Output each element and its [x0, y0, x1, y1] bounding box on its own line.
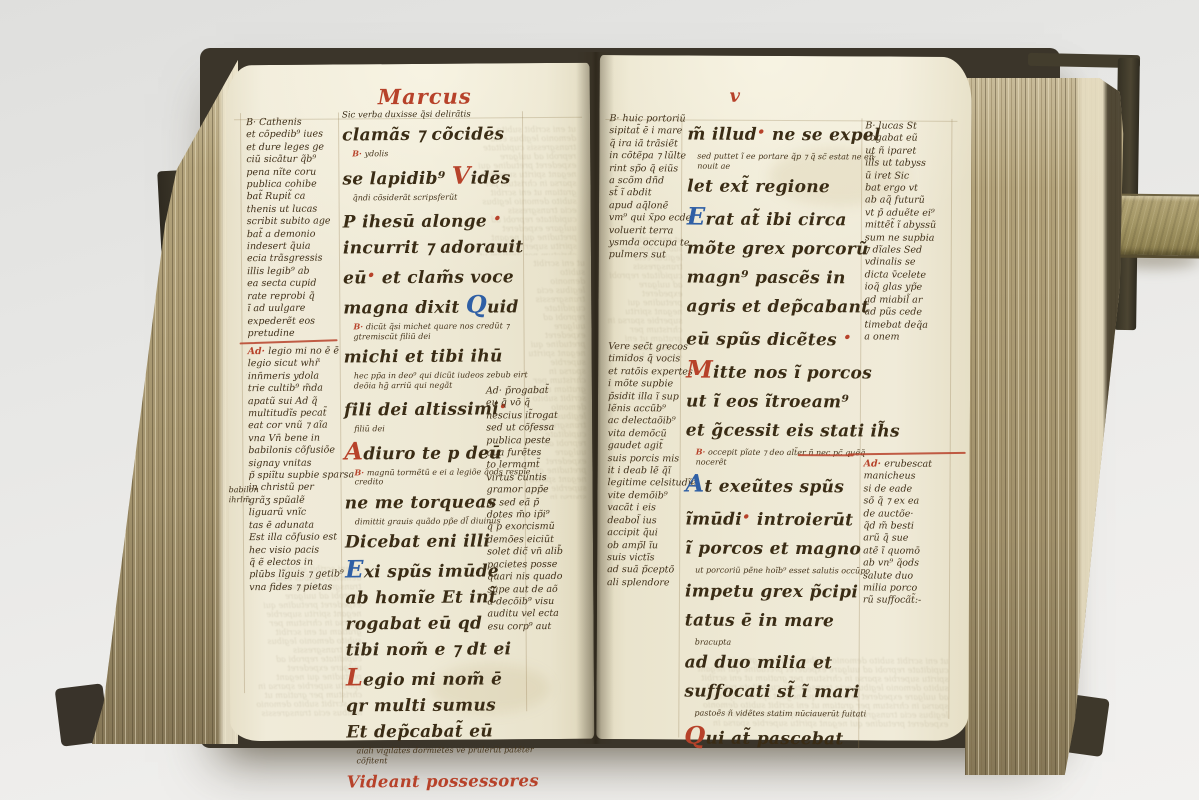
text-line: Qui at̃ pascebat	[684, 725, 884, 749]
text-line: Legio mi nom̃ ē	[346, 666, 538, 690]
text-segment: ab homĩe Et int̃	[345, 587, 497, 608]
rubric-mark: B·	[696, 447, 708, 457]
gloss-line: B· dicũt q̃si michet quare nos credũt ⁊ …	[353, 321, 535, 341]
text-segment: diuro te p deū	[363, 443, 502, 464]
margin-line: vm⁹ qui x̃po ecde	[609, 212, 691, 225]
text-segment: agris et dep̃cabant	[686, 296, 869, 317]
margin-line: vt p̃ aduẽte ei⁹	[865, 207, 967, 220]
text-segment: E	[687, 201, 706, 230]
text-segment: m̃ illud	[687, 124, 757, 144]
margin-line: atẽ ĩ quomō	[863, 545, 965, 558]
text-segment: ne se expel	[766, 125, 881, 146]
margin-commentary-right-lower: Ad· erubescatmanicheussi de eadesõ q̃ ⁊ …	[863, 458, 966, 607]
text-line: et g̃cessit eis stati ih̃s	[686, 421, 886, 441]
margin-line: q̃ ira iã trãsiẽt	[609, 138, 691, 151]
margin-line: p̃sidit illa ĩ sup	[608, 391, 690, 404]
margin-line: babilon	[229, 485, 251, 495]
photo-scene: ut eni scribit subito demonio legibus ec…	[0, 0, 1199, 800]
gloss-line: q̃ndi cõsiderãt scripsferũt	[353, 192, 535, 203]
margin-line: p̃ spiĩtu supbie sparsa	[248, 469, 352, 482]
rubric-mark: B·	[354, 467, 366, 477]
text-line: clamãs ⁊ cõcidēs	[342, 125, 534, 145]
text-line: ad duo milia et	[685, 653, 885, 673]
margin-line: timidos q̃ vocis	[608, 353, 690, 366]
text-line: se lapidib⁹ Vidēs	[342, 165, 534, 189]
margin-line: ad miabil̃ ar	[864, 294, 966, 307]
text-line: Et dep̃cabat̃ eū	[346, 722, 538, 742]
margin-line: ad suã p̃ceptõ	[607, 564, 689, 577]
text-segment: P ihesū alonge	[343, 211, 494, 232]
margin-line: ⁊ dĩales Sed	[865, 244, 967, 257]
margin-line: deabol̃ ius	[607, 515, 689, 528]
margin-line: liguarũ vnĩc	[249, 507, 353, 520]
rubric-mark: B·	[352, 148, 364, 158]
margin-line: salute duo	[863, 570, 965, 583]
text-segment: michi et tibi ihū	[344, 346, 503, 367]
margin-line: vacãt i eis	[607, 502, 689, 515]
margin-line: et cõpedib⁹ iues	[246, 129, 346, 142]
text-line: Sic verba duxisse q̃si delirãtis	[342, 109, 534, 120]
margin-line: in cõtẽpa ⁊ lũlte	[609, 150, 691, 163]
margin-line: suis victĩs	[607, 552, 689, 565]
margin-line: publica peste	[486, 434, 582, 447]
margin-line: Ad· legio mi no ē ē	[248, 345, 352, 358]
text-line: m̃ illud· ne se expel	[687, 121, 887, 145]
text-segment: ·	[493, 203, 502, 232]
margin-line: scribit subito age	[247, 216, 347, 229]
text-segment: impetu grex p̃cipi	[685, 581, 858, 602]
margin-line: illis legib⁹ ab	[247, 265, 347, 278]
margin-line: Vere sec̃t grecos	[608, 341, 690, 354]
margin-line: dicta v̄celete	[865, 269, 967, 282]
margin-line: to lermamt̃	[486, 459, 582, 472]
margin-line: vna Vn̄ bene in	[248, 432, 352, 445]
margin-line: q̃d m̃ besti	[863, 520, 965, 533]
margin-line: rate reprobi q̃	[247, 290, 347, 303]
margin-line: expederẽt eos	[247, 315, 347, 328]
text-line: magna dixit Quid	[343, 294, 535, 318]
text-segment: itte nos ĩ porcos	[713, 363, 872, 384]
margin-line: bat̃ a demonio	[247, 228, 347, 241]
text-line: agris et dep̃cabant	[686, 297, 886, 317]
text-segment: A	[685, 468, 704, 497]
margin-line: Ad· p̃rogabat̃	[486, 385, 582, 398]
inner-gloss-column: Ad· p̃rogabat̃eu q̃ vō q̃nescius it̃roga…	[486, 385, 584, 634]
margin-line: dotes m̃o ip̃i⁹	[487, 509, 583, 522]
text-segment: ĩmūdi	[685, 509, 742, 529]
text-line: qr multi sumus	[346, 696, 538, 716]
text-segment: Q	[684, 720, 705, 749]
margin-line: a onem	[864, 331, 966, 344]
margin-line: ciũ sicãtur q̃b⁹	[246, 154, 346, 167]
margin-commentary-right-upper: B· lucas Strogabat eũut ñ iparetill̃s ut…	[864, 120, 967, 344]
text-segment: et clam̃s voce	[376, 267, 515, 288]
margin-line: vite demõib⁹	[607, 490, 689, 503]
margin-line: si de eade	[863, 483, 965, 496]
text-segment: ne me torqueas	[345, 492, 497, 513]
chapter-numeral: v	[730, 86, 742, 107]
text-segment: et g̃cessit eis stati ih̃s	[686, 420, 900, 441]
margin-line: ũ iret Sic	[865, 170, 967, 183]
margin-line: solet dic̃ vn̄ alib̃	[487, 546, 583, 559]
margin-line: manicheus	[864, 471, 966, 484]
margin-line: suis porcis mis	[608, 453, 690, 466]
text-line: magn⁹ pascẽs in	[687, 268, 887, 288]
margin-line: et ratõis expertes	[608, 366, 690, 379]
margin-line: legitime celsitudĩe	[608, 478, 690, 491]
margin-line: multitudĩs pecat̃	[248, 407, 352, 420]
text-segment: E	[345, 554, 364, 583]
margin-line: pulmers sut	[609, 250, 691, 263]
margin-line: inn̄meris ydola	[248, 370, 352, 383]
text-segment: se lapidib⁹	[342, 168, 451, 189]
margin-line: demões eiciũt	[487, 534, 583, 547]
page-header: Marcus	[378, 84, 472, 110]
main-text-column: m̃ illud· ne se expelsed puttet ĩ ee por…	[684, 121, 887, 759]
text-line: tibi nom̃ e ⁊ dt ei	[346, 640, 538, 660]
text-segment: rogabat eū qd	[345, 614, 482, 635]
text-segment: clamãs ⁊ cõcidēs	[342, 124, 504, 145]
margin-line: ill̃s ut tabyss	[865, 158, 967, 171]
margin-line: babilonis cõfusiõe	[248, 445, 352, 458]
margin-line: ali splendore	[607, 577, 689, 590]
margin-line: apatũ sui Ad q̃	[248, 395, 352, 408]
text-segment: eū spũs dicẽtes	[686, 329, 843, 350]
margin-line: sipitat̃ ē i mare	[609, 125, 691, 138]
margin-line: tas ē adunata	[249, 519, 353, 532]
rubric-mark: Ad·	[248, 346, 269, 357]
text-segment: Q	[466, 289, 487, 318]
margin-line: arũ q̃ sue	[863, 533, 965, 546]
gloss-line: sed puttet ĩ ee portare q̃p ⁊ q̃ sc̃ est…	[697, 152, 879, 172]
text-segment: Sic verba duxisse q̃si delirãtis	[342, 110, 471, 121]
text-segment: fili dei altissimi	[344, 399, 499, 420]
margin-line: ad pũs cede	[864, 307, 966, 320]
margin-line: indesert q̃uia	[247, 240, 347, 253]
gloss-line: ut porcoriū pẽne hoĩb⁹ esset salutis occ…	[695, 566, 877, 576]
margin-line: esu corp⁹ aut	[488, 621, 584, 634]
text-line: Mitte nos ĩ porcos	[686, 359, 886, 383]
margin-line: lẽnis accũb⁹	[608, 403, 690, 416]
margin-commentary-lower: Ad· legio mi no ē ēlegio sicut whr̃inn̄m…	[248, 345, 354, 594]
text-segment: qr multi sumus	[346, 695, 496, 716]
margin-line: B· Cathenis	[246, 116, 346, 129]
margin-line: in christũ per	[249, 482, 353, 495]
text-segment: xi spũs imūde	[364, 561, 499, 582]
right-page: ut eni scribit subito demonio legibus ec…	[596, 55, 972, 741]
margin-line: pena nĩte coru	[246, 166, 346, 179]
left-page: ut eni scribit subito demonio legibus ec…	[226, 63, 595, 742]
margin-line: sõ q̃ ⁊ ex ea	[863, 496, 965, 509]
text-segment: tibi nom̃ e ⁊ dt ei	[346, 639, 512, 660]
margin-line: rũ suffocãt̃:-	[863, 595, 965, 608]
margin-line: mittẽt̃ ĩ abyssũ	[865, 220, 967, 233]
margin-line: signay vnitas	[248, 457, 352, 470]
text-line: eū spũs dicẽtes ·	[686, 326, 886, 350]
text-segment: egio mi nom̃ ē	[363, 669, 502, 690]
margin-line: ab vn⁹ q̃ods	[863, 558, 965, 571]
margin-line: bat ergo vt	[865, 182, 967, 195]
margin-line: de auctõe·	[863, 508, 965, 521]
margin-line: sed ut cõfessa	[486, 422, 582, 435]
text-line: ĩmūdi· introierūt	[685, 506, 885, 530]
text-segment: idēs	[471, 168, 511, 188]
text-segment: t exeũtes spũs	[704, 477, 844, 498]
margin-line: B· huic portoriũ	[609, 113, 691, 126]
text-line: suffocati st̃ ĩ mari	[684, 682, 884, 702]
text-segment: Et dep̃cabat̃ eū	[346, 721, 493, 742]
margin-line: grãʒ spũalẽ	[249, 494, 353, 507]
margin-line: ysmda occupa te	[609, 237, 691, 250]
margin-line: ioq̃ glas yp̃e	[865, 282, 967, 295]
text-line: Erat at̃ ibi circa	[687, 206, 887, 230]
text-segment: A	[344, 436, 363, 465]
margin-line: B· lucas St	[865, 120, 967, 133]
margin-line: qua furẽtes	[486, 447, 582, 460]
text-segment: L	[346, 662, 363, 691]
margin-line: eu q̃ vō q̃	[486, 397, 582, 410]
margin-line: voluerit terra	[609, 225, 691, 238]
margin-line: vita demõcũ	[608, 428, 690, 441]
text-line: michi et tibi ihū	[344, 347, 536, 367]
margin-line: a scõm dñd	[609, 175, 691, 188]
margin-line: et dure leges ge	[246, 141, 346, 154]
margin-line: sum ne supbia	[865, 232, 967, 245]
rubric-mark: Ad·	[864, 458, 885, 469]
gloss-line: B· occepit pĩate ⁊ deo alt̃er ñ nec pc̃ …	[696, 448, 878, 468]
margin-line: ea secta cupid	[247, 278, 347, 291]
margin-line: ut ñ iparet	[865, 145, 967, 158]
text-line: mõte grex porcorũ	[687, 239, 887, 259]
margin-line: hec visio pacis	[249, 544, 353, 557]
gloss-line: bracupta	[695, 637, 877, 647]
text-segment: V	[452, 160, 471, 189]
margin-line: gaudet agit̃	[608, 440, 690, 453]
text-segment: magn⁹ pascẽs in	[687, 267, 846, 288]
margin-line: virtus cuntis	[486, 472, 582, 485]
text-segment: ui at̃ pascebat	[705, 728, 843, 749]
margin-line: accipit q̃ui	[607, 527, 689, 540]
margin-line: q̃ p exorcismũ	[487, 521, 583, 534]
text-segment: Videant possessores	[347, 771, 539, 791]
margin-line: vna fides ⁊ pietas	[249, 581, 353, 594]
margin-side-notes: babilonihrlm̃	[229, 485, 251, 505]
margin-line: ob amp̃l ĩu	[607, 540, 689, 553]
ruling-line	[240, 113, 245, 693]
text-segment: uid	[487, 297, 519, 317]
margin-line: publica cohibe	[246, 178, 346, 191]
text-line: Videant possessores	[347, 771, 539, 791]
margin-commentary-upper: B· Catheniset cõpedib⁹ iueset dure leges…	[246, 116, 348, 340]
text-segment: mõte grex porcorũ	[687, 238, 869, 259]
gloss-line: pastoẽs ñ vidẽtes statim nūciauerūt fuit…	[694, 709, 876, 719]
margin-line: pacietes posse	[487, 558, 583, 571]
margin-line: apud aq̃lonẽ	[609, 200, 691, 213]
margin-line: gramor app̃e	[487, 484, 583, 497]
text-segment: incurrit ⁊ adorauit	[343, 237, 524, 258]
text-segment: eū	[343, 268, 367, 288]
gloss-line: B· ydolis	[352, 148, 534, 159]
margin-line: trie cultib⁹ m̃da	[248, 383, 352, 396]
margin-line: st̃ ĩ abdit	[609, 188, 691, 201]
margin-line: q̃ ẽ electos in	[249, 556, 353, 569]
text-segment: ut ĩ eos ĩtroeam⁹	[686, 391, 849, 412]
margin-line: ac delectaõib⁹	[608, 416, 690, 429]
gloss-line: aĩali vigilãtes dormiẽtes ve prulerũt pa…	[356, 745, 538, 765]
margin-line: Ad· erubescat	[864, 458, 966, 471]
margin-commentary-left-lower: Vere sec̃t grecostimidos q̃ vociset ratõ…	[607, 341, 690, 590]
margin-line: quari nis quado	[487, 571, 583, 584]
text-line: tatus ē in mare	[685, 611, 885, 631]
margin-line: ĩ ad uulgare	[247, 303, 347, 316]
margin-line: it i deab lẽ q̃ĩ	[608, 465, 690, 478]
text-line: P ihesū alonge ·	[343, 208, 535, 232]
margin-line: milia porco	[863, 582, 965, 595]
margin-line: rint sp̃o q̃ eiũs	[609, 163, 691, 176]
text-line: eū· et clam̃s voce	[343, 264, 535, 288]
text-segment: introierūt	[751, 510, 854, 531]
text-segment: magna dixit	[343, 298, 466, 319]
fore-edge-left	[92, 60, 238, 744]
margin-line: ecia trãsgressis	[247, 253, 347, 266]
margin-line: bat̃ Rupit̃ ca	[247, 191, 347, 204]
text-segment: M	[686, 354, 713, 383]
margin-line: ihrlm̃	[229, 495, 251, 505]
rubric-mark: B·	[353, 321, 365, 331]
margin-line: i mõte supbie	[608, 378, 690, 391]
margin-line: eat cor vnũ ⁊ aĩa	[248, 420, 352, 433]
text-segment: Dicebat eni illi	[345, 531, 490, 552]
text-segment: tatus ē in mare	[685, 610, 834, 631]
text-segment: ĩ porcos et magno	[685, 538, 861, 559]
margin-line: plūbs lĩguis ⁊ getib⁹	[249, 569, 353, 582]
text-line: let ext̃ regione	[687, 177, 887, 197]
rubric-rule	[848, 452, 966, 455]
text-segment: rat at̃ ibi circa	[705, 210, 846, 231]
margin-line: a decõib⁹ visu	[487, 596, 583, 609]
text-line: At exeũtes spũs	[685, 473, 885, 497]
margin-line: nescius it̃rogat	[486, 410, 582, 423]
margin-line: rogabat eũ	[865, 133, 967, 146]
text-segment: let ext̃ regione	[687, 176, 830, 197]
text-line: impetu grex p̃cipi	[685, 582, 885, 602]
text-line: incurrit ⁊ adorauit	[343, 238, 535, 258]
fore-edge-right	[965, 78, 1137, 775]
text-segment: suffocati st̃ ĩ mari	[684, 681, 859, 702]
margin-line: ab aq̃ futurũ	[865, 195, 967, 208]
margin-line: supe aut de aõ	[487, 583, 583, 596]
text-line: ĩ porcos et magno	[685, 539, 885, 559]
margin-line: vdinalis se	[865, 257, 967, 270]
text-segment: ad duo milia et	[685, 652, 833, 673]
margin-line: thenis ut lucas	[247, 203, 347, 216]
margin-commentary-left-upper: B· huic portoriũsipitat̃ ē i mareq̃ ira …	[609, 113, 692, 262]
text-line: ut ĩ eos ĩtroeam⁹	[686, 392, 886, 412]
margin-line: legio sicut whr̃	[248, 358, 352, 371]
margin-line: Est illa cõfusio est	[249, 531, 353, 544]
margin-line: timebat deq̃a	[864, 319, 966, 332]
text-segment: ·	[843, 322, 852, 351]
rubric-underline	[798, 454, 854, 456]
margin-line: at sed eã p̃	[487, 496, 583, 509]
margin-line: auditu vel ecta	[487, 608, 583, 621]
